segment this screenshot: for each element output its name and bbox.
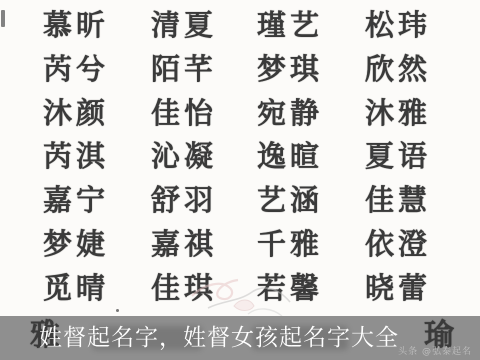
name-cell: 松玮 — [350, 11, 446, 40]
name-row: 沐颜佳怡宛静沐雅 — [0, 91, 480, 135]
name-cell: 艺涵 — [244, 186, 336, 215]
name-cell: 佳怡 — [138, 99, 230, 128]
name-cell: 欣然 — [350, 55, 446, 84]
name-row: 芮兮陌芊梦琪欣然 — [0, 48, 480, 92]
watermark-text: 头条 @弘泰起名 — [398, 344, 472, 357]
name-cell: 舒羽 — [138, 186, 230, 215]
caption-text: 姓督起名字，姓督女孩起名字大全 — [0, 316, 438, 354]
name-cell: 陌芊 — [138, 55, 230, 84]
name-row: 梦婕嘉祺千雅依澄 — [0, 223, 480, 267]
name-cell: 沐雅 — [350, 99, 446, 128]
name-cell: 芮淇 — [28, 142, 124, 171]
name-cell: 若馨 — [244, 274, 336, 303]
name-cell: 梦琪 — [244, 55, 336, 84]
name-cell: 觅晴 — [28, 274, 124, 303]
name-cell: 梦婕 — [28, 230, 124, 259]
name-cell: 晓蕾 — [350, 274, 446, 303]
name-cell: 瑾艺 — [244, 11, 336, 40]
caption-bar: 雅 瑜 姓督起名字，姓督女孩起名字大全 头条 @弘泰起名 — [0, 316, 480, 360]
name-cell: 嘉宁 — [28, 186, 124, 215]
name-cell: 沐颜 — [28, 99, 124, 128]
name-row: 觅晴佳琪若馨晓蕾 — [0, 266, 480, 310]
name-row: 芮淇沁凝逸暄夏语 — [0, 135, 480, 179]
name-row: 嘉宁舒羽艺涵佳慧 — [0, 179, 480, 223]
name-cell: 芮兮 — [28, 55, 124, 84]
name-cell: 佳慧 — [350, 186, 446, 215]
ink-dot — [116, 309, 119, 312]
name-cell: 清夏 — [138, 11, 230, 40]
name-cell: 依澄 — [350, 230, 446, 259]
name-row: 慕昕清夏瑾艺松玮 — [0, 4, 480, 48]
name-cell: 嘉祺 — [138, 230, 230, 259]
name-list-image: 慕昕清夏瑾艺松玮芮兮陌芊梦琪欣然沐颜佳怡宛静沐雅芮淇沁凝逸暄夏语嘉宁舒羽艺涵佳慧… — [0, 0, 480, 360]
name-cell: 沁凝 — [138, 142, 230, 171]
name-cell: 佳琪 — [138, 274, 230, 303]
names-grid: 慕昕清夏瑾艺松玮芮兮陌芊梦琪欣然沐颜佳怡宛静沐雅芮淇沁凝逸暄夏语嘉宁舒羽艺涵佳慧… — [0, 4, 480, 310]
name-cell: 慕昕 — [28, 11, 124, 40]
name-cell: 宛静 — [244, 99, 336, 128]
name-cell: 夏语 — [350, 142, 446, 171]
name-cell: 逸暄 — [244, 142, 336, 171]
name-cell: 千雅 — [244, 230, 336, 259]
